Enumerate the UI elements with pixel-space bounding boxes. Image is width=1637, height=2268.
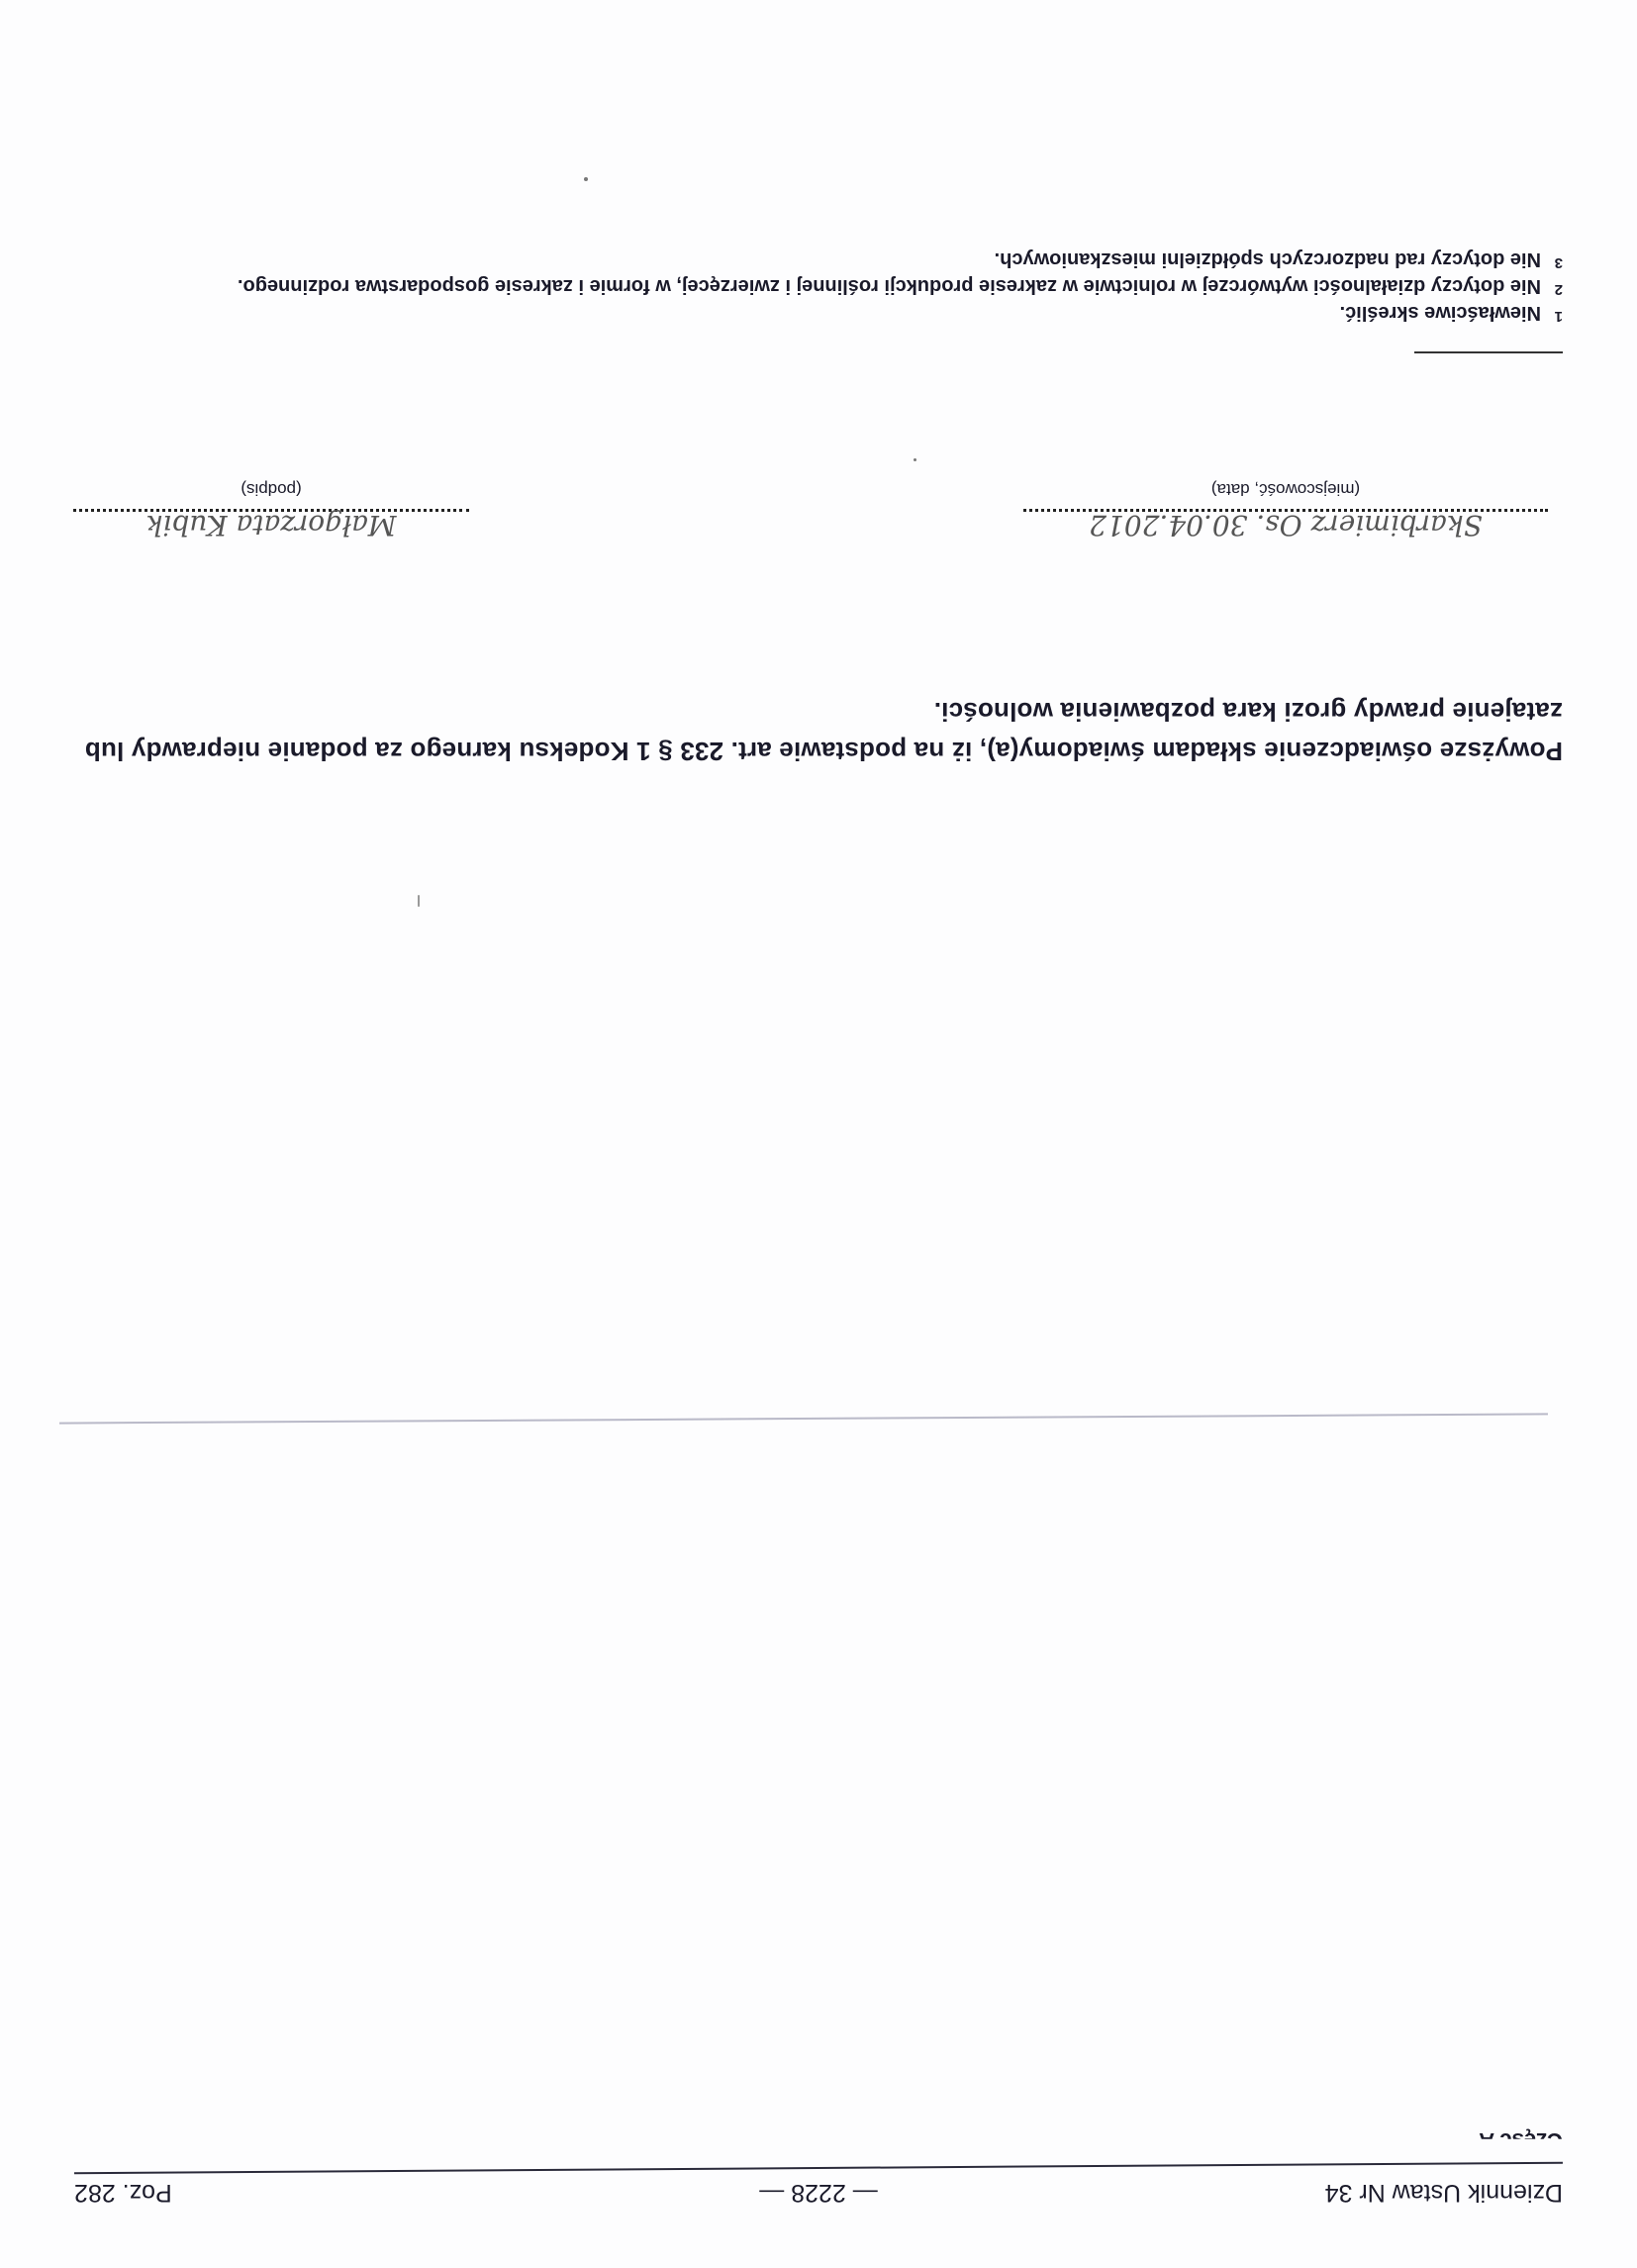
scan-speck	[584, 177, 588, 181]
footnote-3: 3 Nie dotyczy rad nadzorczych spółdzieln…	[78, 246, 1563, 272]
footnote-text: Nie dotyczy działalności wytwórczej w ro…	[238, 275, 1541, 297]
footnote-number: 2	[1555, 276, 1563, 303]
footnote-text: Niewłaściwe skreślić.	[1340, 302, 1541, 324]
scanned-page: Dziennik Ustaw Nr 34 — 2228 — Poz. 282 C…	[0, 0, 1637, 2268]
page-number: — 2228 —	[74, 2178, 1563, 2207]
signature-field: Małgorzata Kubik (podpis)	[73, 479, 469, 542]
signature-row: Skarbimierz Os. 30.04.2012 (miejscowość,…	[0, 472, 1637, 542]
footnote-2: 2 Nie dotyczy działalności wytwórczej w …	[78, 272, 1563, 299]
footnote-text: Nie dotyczy rad nadzorczych spółdzielni …	[995, 248, 1541, 270]
footnote-number: 3	[1555, 249, 1563, 276]
footnote-1: 1 Niewłaściwe skreślić.	[78, 299, 1563, 326]
faint-fold-line	[59, 1413, 1548, 1424]
scan-speck	[914, 458, 916, 461]
place-date-caption: (miejscowość, data)	[1023, 479, 1548, 499]
position-number: Poz. 282	[74, 2178, 172, 2207]
place-date-field: Skarbimierz Os. 30.04.2012 (miejscowość,…	[1023, 479, 1548, 542]
footnote-rule	[1414, 351, 1563, 353]
page-header: Dziennik Ustaw Nr 34 — 2228 — Poz. 282	[74, 2167, 1563, 2207]
cut-off-section-label: Część A	[1479, 2127, 1563, 2153]
footnotes: 1 Niewłaściwe skreślić. 2 Nie dotyczy dz…	[78, 246, 1563, 326]
declaration-statement: Powyższe oświadczenie składam świadomy(a…	[78, 692, 1563, 771]
signature-caption: (podpis)	[73, 479, 469, 499]
place-date-handwriting: Skarbimierz Os. 30.04.2012	[1023, 508, 1548, 542]
footnote-number: 1	[1555, 303, 1563, 330]
scan-speck	[418, 895, 420, 907]
